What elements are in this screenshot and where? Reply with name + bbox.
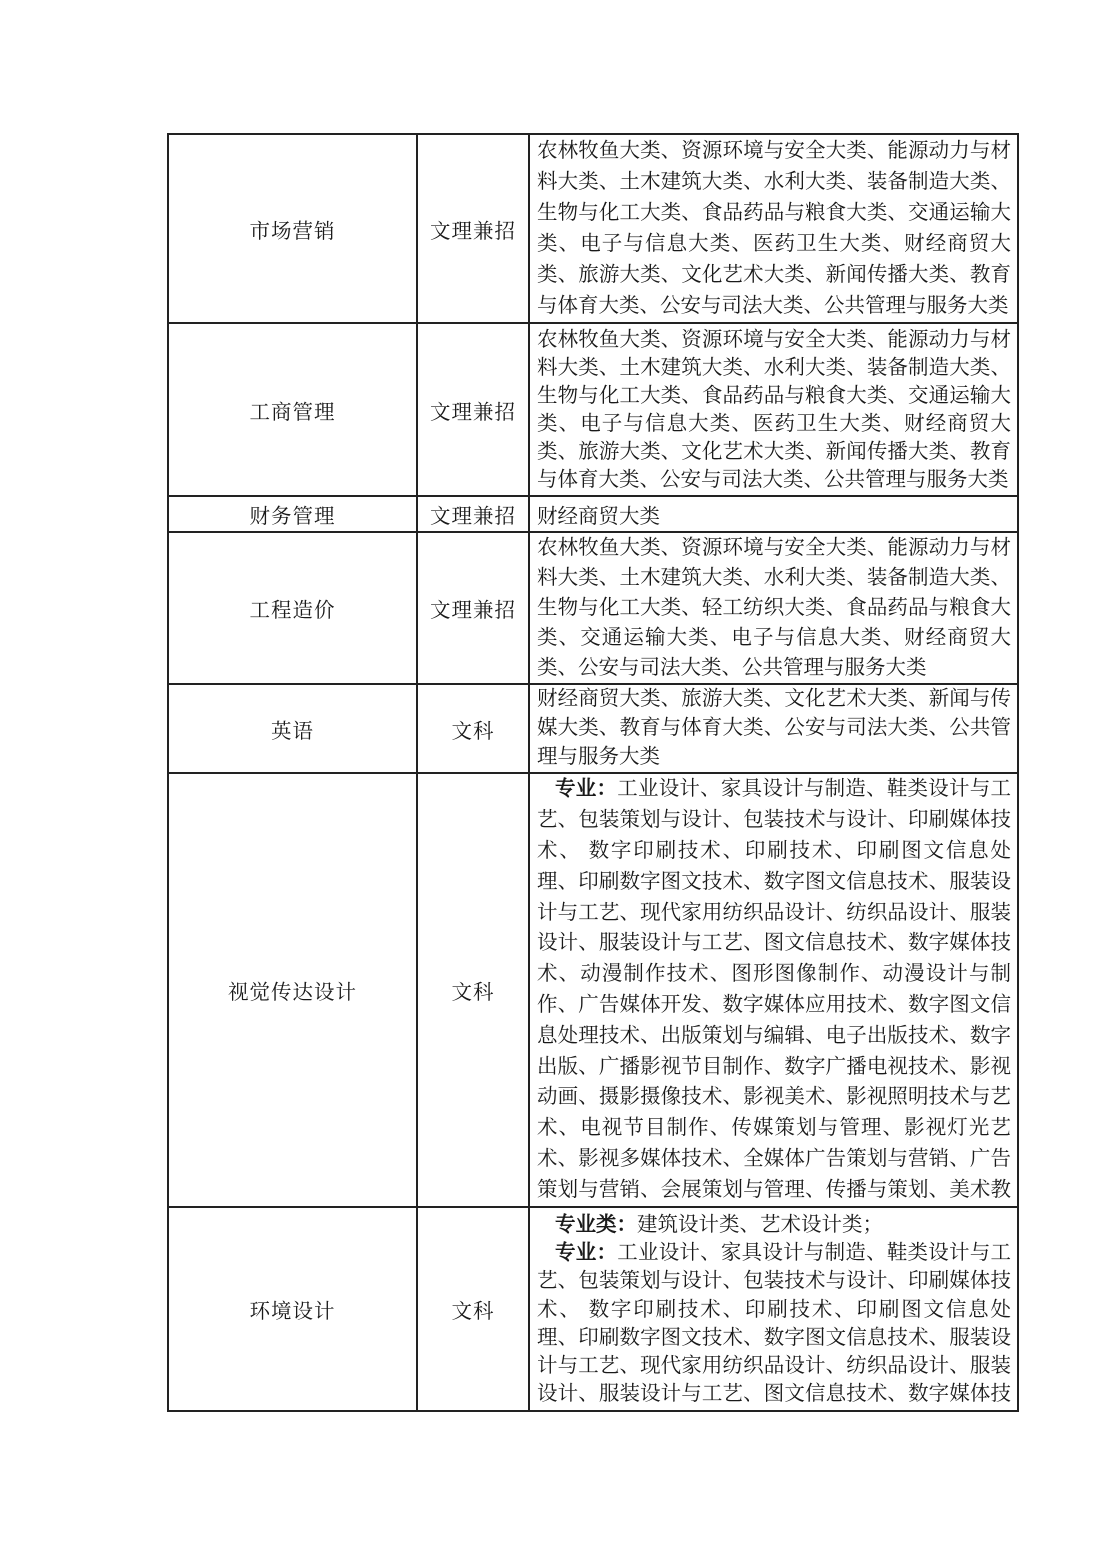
major-cell: 财务管理: [169, 497, 418, 533]
admission-type-cell: 文科: [418, 774, 530, 1208]
categories-cell: 专业类：建筑设计类、艺术设计类； 专业：工业设计、家具设计与制造、鞋类设计与工艺…: [530, 774, 1017, 1208]
major-list-label: 专业：: [555, 1242, 617, 1264]
major-cell: 英语: [169, 685, 418, 774]
categories-text: 农林牧鱼大类、资源环境与安全大类、能源动力与材料大类、土木建筑大类、水利大类、装…: [537, 136, 1011, 322]
admission-type-cell: 文科: [418, 685, 530, 774]
admission-type-cell: 文科: [418, 1208, 530, 1410]
major-list-value: 工业设计、家具设计与制造、鞋类设计与工艺、包装策划与设计、包装技术与设计、印刷媒…: [537, 1242, 1011, 1410]
categories-cell: 财经商贸大类、旅游大类、文化艺术大类、新闻与传媒大类、教育与体育大类、公安与司法…: [530, 685, 1017, 774]
categories-text: 专业类：建筑设计类、艺术设计类； 专业：工业设计、家具设计与制造、鞋类设计与工艺…: [537, 1211, 1011, 1410]
admission-type-cell: 文理兼招: [418, 497, 530, 533]
major-cell: 工商管理: [169, 324, 418, 497]
major-class-line: 专业类：建筑设计类、艺术设计类；: [537, 1211, 1011, 1239]
categories-cell: 专业类：建筑设计类、艺术设计类； 专业：工业设计、家具设计与制造、鞋类设计与工艺…: [530, 1208, 1017, 1410]
admission-type-cell: 文理兼招: [418, 135, 530, 324]
categories-cell: 农林牧鱼大类、资源环境与安全大类、能源动力与材料大类、土木建筑大类、水利大类、装…: [530, 135, 1017, 324]
admission-type-cell: 文理兼招: [418, 533, 530, 685]
major-cell: 视觉传达设计: [169, 774, 418, 1208]
major-cell: 环境设计: [169, 1208, 418, 1410]
major-list-value: 工业设计、家具设计与制造、鞋类设计与工艺、包装策划与设计、包装技术与设计、印刷媒…: [537, 778, 1011, 1208]
categories-cell: 农林牧鱼大类、资源环境与安全大类、能源动力与材料大类、土木建筑大类、水利大类、装…: [530, 533, 1017, 685]
major-class-label: 专业类：: [555, 1214, 637, 1236]
major-list-label: 专业：: [555, 778, 617, 800]
admission-type-cell: 文理兼招: [418, 324, 530, 497]
majors-table: 市场营销 文理兼招 农林牧鱼大类、资源环境与安全大类、能源动力与材料大类、土木建…: [167, 133, 1019, 1412]
categories-cell: 财经商贸大类: [530, 497, 1017, 533]
categories-text: 财经商贸大类、旅游大类、文化艺术大类、新闻与传媒大类、教育与体育大类、公安与司法…: [537, 685, 1011, 772]
major-list-line: 专业：工业设计、家具设计与制造、鞋类设计与工艺、包装策划与设计、包装技术与设计、…: [537, 774, 1011, 1208]
categories-text: 农林牧鱼大类、资源环境与安全大类、能源动力与材料大类、土木建筑大类、水利大类、装…: [537, 533, 1011, 683]
document-page: 市场营销 文理兼招 农林牧鱼大类、资源环境与安全大类、能源动力与材料大类、土木建…: [0, 0, 1102, 1559]
categories-text: 财经商贸大类: [537, 499, 1011, 529]
major-cell: 市场营销: [169, 135, 418, 324]
categories-text: 农林牧鱼大类、资源环境与安全大类、能源动力与材料大类、土木建筑大类、水利大类、装…: [537, 326, 1011, 494]
major-cell: 工程造价: [169, 533, 418, 685]
categories-text: 专业类：建筑设计类、艺术设计类； 专业：工业设计、家具设计与制造、鞋类设计与工艺…: [537, 774, 1011, 1208]
major-list-line: 专业：工业设计、家具设计与制造、鞋类设计与工艺、包装策划与设计、包装技术与设计、…: [537, 1239, 1011, 1410]
categories-cell: 农林牧鱼大类、资源环境与安全大类、能源动力与材料大类、土木建筑大类、水利大类、装…: [530, 324, 1017, 497]
major-class-value: 建筑设计类、艺术设计类；: [637, 1214, 883, 1236]
